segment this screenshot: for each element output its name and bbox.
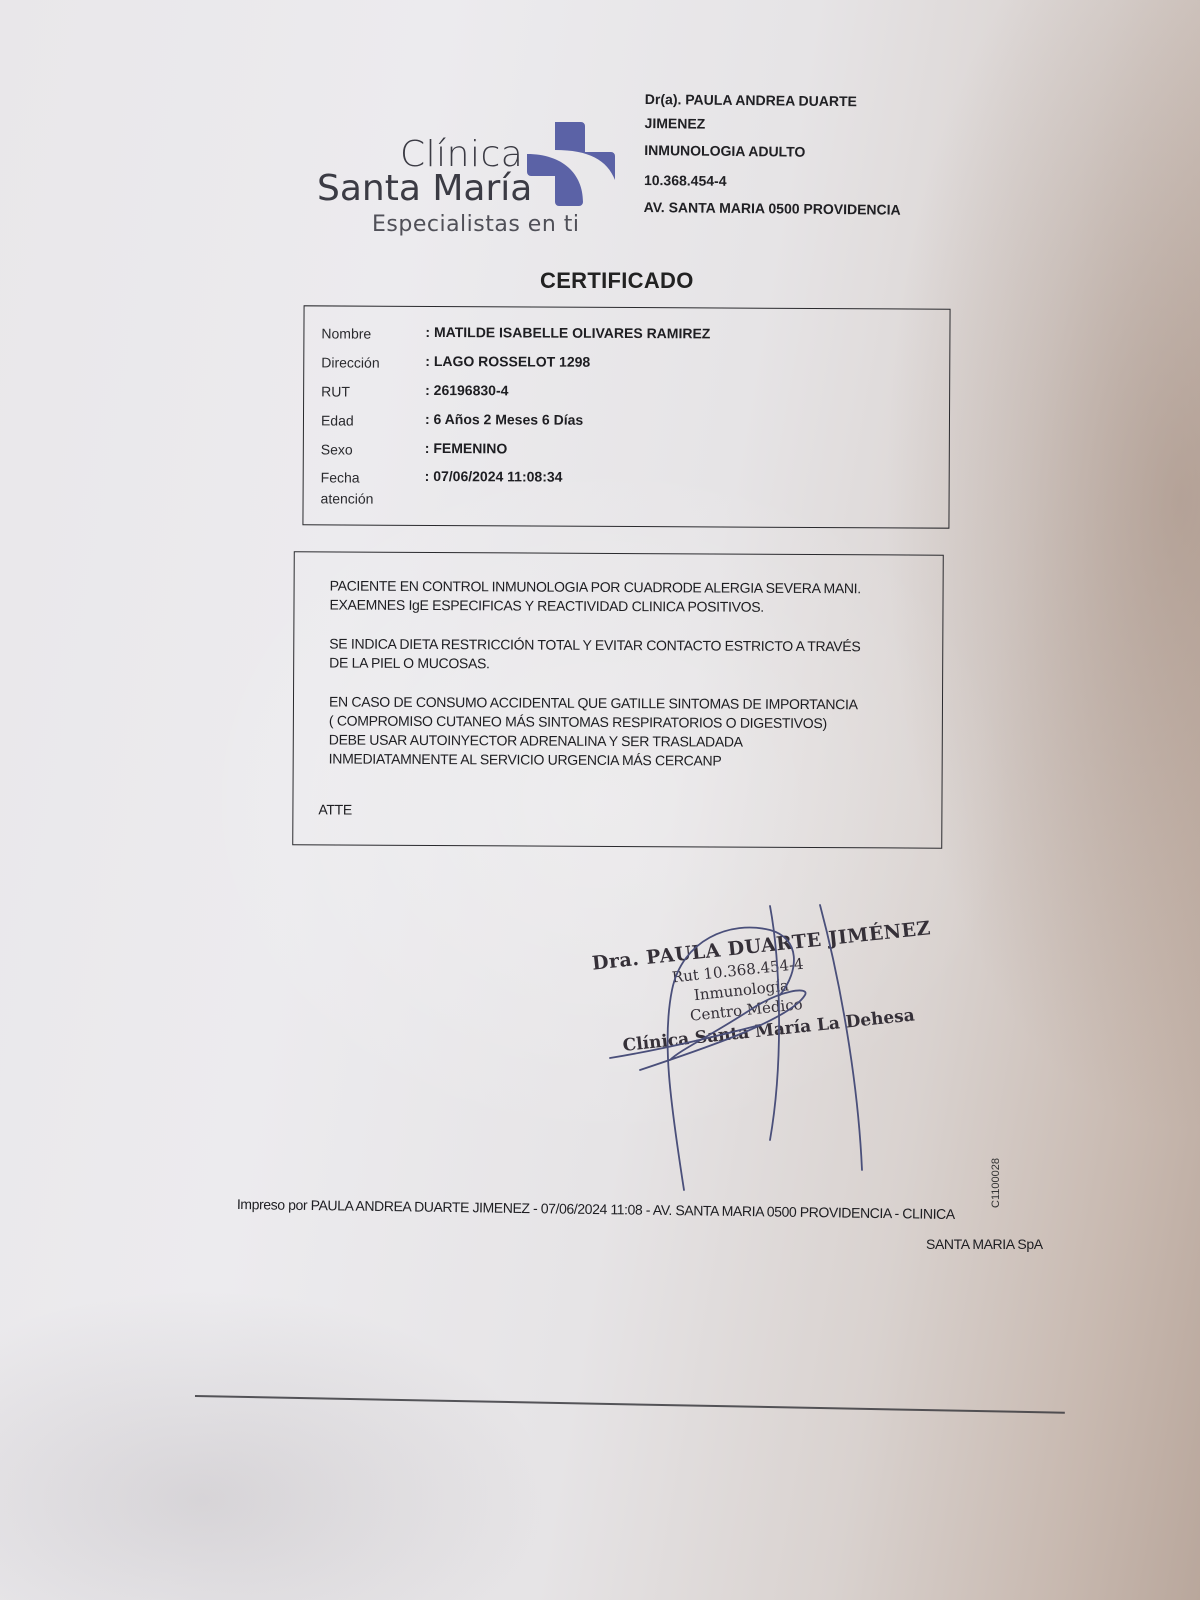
doctor-stamp: Dra. PAULA DUARTE JIMÉNEZ Rut 10.368.454… [588,894,905,1104]
certificate-body-box: PACIENTE EN CONTROL INMUNOLOGIA POR CUAD… [292,551,944,848]
serial-number: C1100028 [990,1158,1002,1208]
clinic-logo: Clínica Santa María Especialistas en ti [315,130,615,250]
clinic-tagline: Especialistas en ti [372,212,580,237]
printed-by-line-2: SANTA MARIA SpA [926,1236,1043,1252]
cross-logo-icon [527,116,623,212]
paragraph-emergency: EN CASO DE CONSUMO ACCIDENTAL QUE GATILL… [329,692,858,771]
printed-by-line: Impreso por PAULA ANDREA DUARTE JIMENEZ … [237,1196,955,1222]
paragraph-diet: SE INDICA DIETA RESTRICCIÓN TOTAL Y EVIT… [329,634,860,675]
doctor-address: AV. SANTA MARIA 0500 PROVIDENCIA [644,194,901,224]
patient-info-box: Nombre : MATILDE ISABELLE OLIVARES RAMIR… [302,305,950,528]
bottom-rule [195,1395,1065,1414]
clinic-name-line2: Santa María [317,168,532,209]
doctor-line: JIMENEZ [644,110,901,140]
paragraph-diagnosis: PACIENTE EN CONTROL INMUNOLOGIA POR CUAD… [329,576,860,617]
doctor-header: Dr(a). PAULA ANDREA DUARTE JIMENEZ INMUN… [644,86,902,224]
doctor-rut: 10.368.454-4 [644,167,901,197]
document-title: CERTIFICADO [540,268,694,294]
closing-atte: ATTE [318,800,352,819]
doctor-specialty: INMUNOLOGIA ADULTO [644,137,901,167]
